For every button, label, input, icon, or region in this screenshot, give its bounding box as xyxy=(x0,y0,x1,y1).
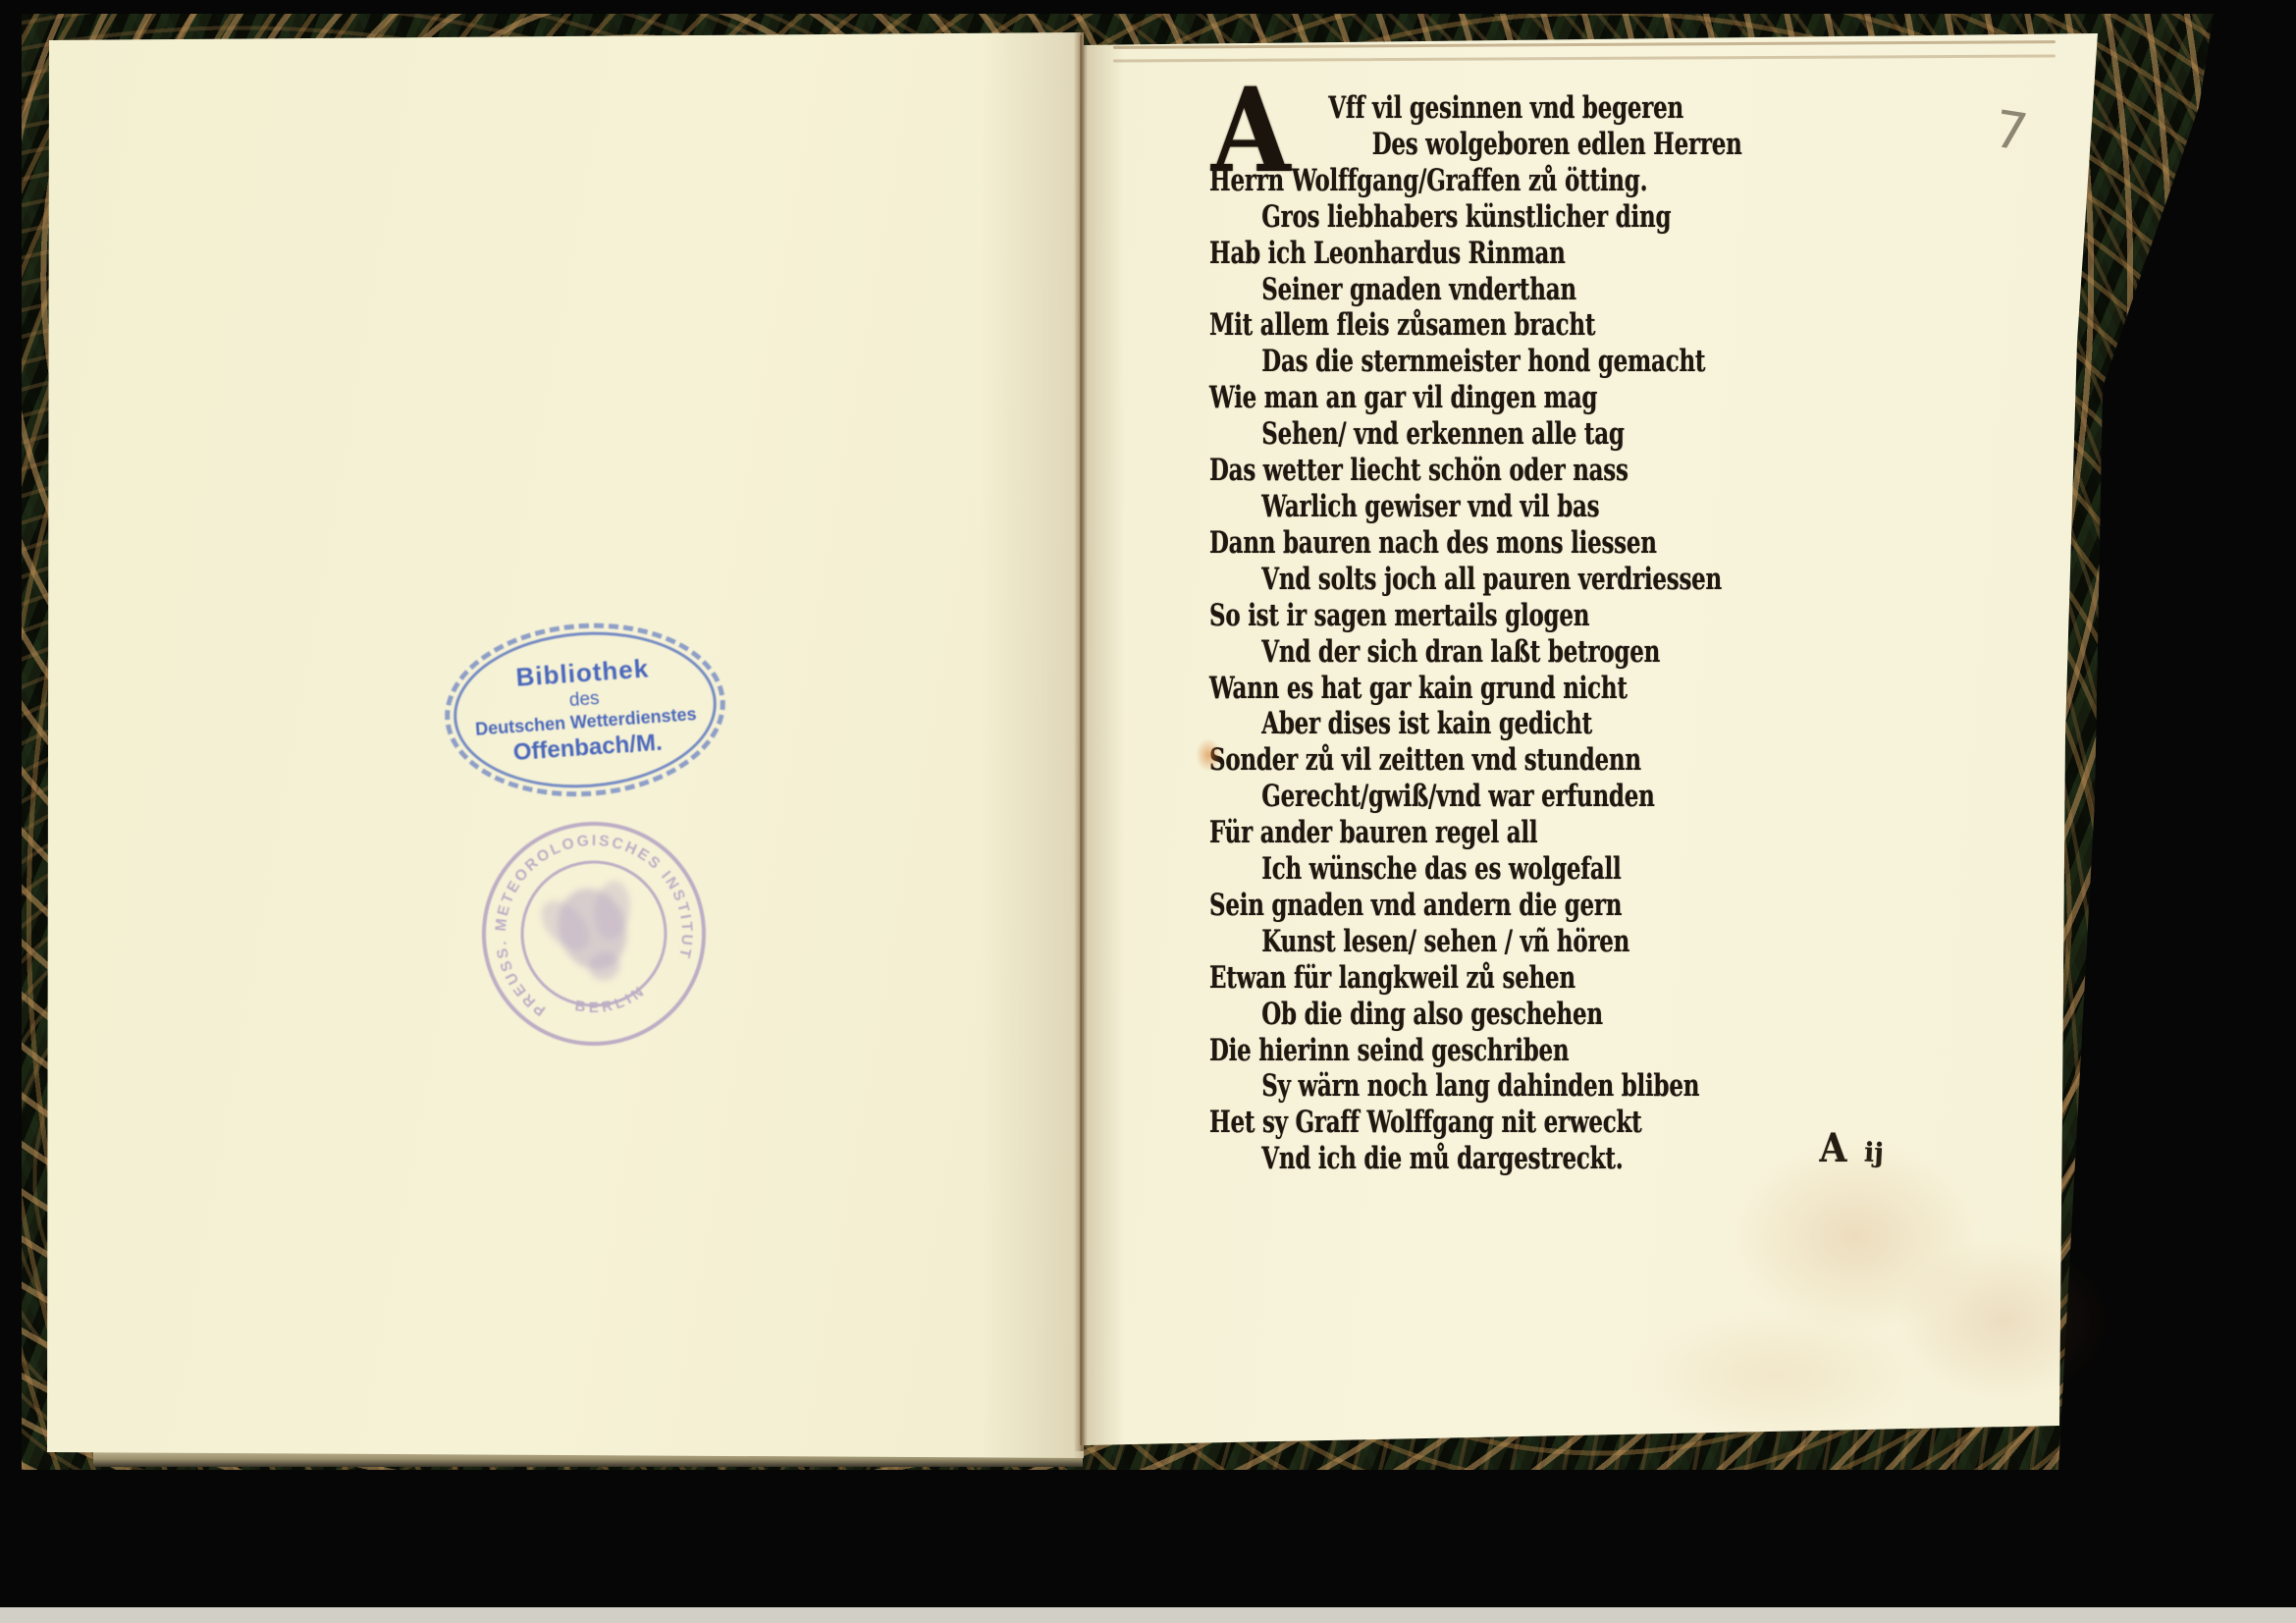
round-stamp-bottom-text: BERLIN xyxy=(569,976,653,1026)
poem-line: Ob die ding also geschehen xyxy=(1209,997,1776,1033)
poem-line: Des wolgeboren edlen Herren xyxy=(1209,127,1776,163)
poem-line: Sonder zů vil zeitten vnd stundenn xyxy=(1209,742,1776,779)
poem-line: Hab ich Leonhardus Rinman xyxy=(1209,236,1776,272)
poem: Vff vil gesinnen vnd begerenDes wolgebor… xyxy=(1209,90,1776,1177)
poem-line: Das die sternmeister hond gemacht xyxy=(1209,344,1776,380)
institute-stamp-round: PREUSS. METEOROLOGISCHES INSTITUT BERLIN xyxy=(450,789,739,1079)
signature-numeral: ij xyxy=(1863,1137,1885,1168)
poem-line: Ich wünsche das es wolgefall xyxy=(1209,851,1776,888)
poem-line: Aber dises ist kain gedicht xyxy=(1209,706,1776,742)
stamp-line-des: des xyxy=(568,688,600,712)
stamp-line-wetterdienst: Deutschen Wetterdienstes xyxy=(475,704,698,740)
left-page-blank: Bibliothek des Deutschen Wetterdienstes … xyxy=(45,32,1084,1458)
scanner-edge-strip xyxy=(0,1607,2296,1623)
poem-line: Gerecht/gwiß/vnd war erfunden xyxy=(1209,779,1776,815)
eagle-emblem xyxy=(528,869,660,996)
poem-line: Die hierinn seind geschriben xyxy=(1209,1033,1776,1069)
poem-line: Vnd ich die mů dargestreckt. xyxy=(1209,1141,1776,1177)
poem-line: So ist ir sagen mertails glogen xyxy=(1209,598,1776,634)
poem-line: Herrn Wolffgang/Graffen zů ötting. xyxy=(1209,163,1776,199)
library-stamp-oval: Bibliothek des Deutschen Wetterdienstes … xyxy=(449,623,721,796)
poem-line: Warlich gewiser vnd vil bas xyxy=(1209,489,1776,525)
signature-letter: A xyxy=(1820,1125,1847,1171)
round-stamp-top-text: PREUSS. METEOROLOGISCHES INSTITUT xyxy=(466,806,710,1026)
poem-line: Das wetter liecht schön oder nass xyxy=(1209,453,1776,489)
book-scan: Bibliothek des Deutschen Wetterdienstes … xyxy=(0,0,2296,1623)
poem-line: Sehen/ vnd erkennen alle tag xyxy=(1209,416,1776,453)
poem-line: Etwan für langkweil zů sehen xyxy=(1209,960,1776,997)
poem-line: Mit allem fleis zůsamen bracht xyxy=(1209,307,1776,344)
poem-line: Wie man an gar vil dingen mag xyxy=(1209,380,1776,416)
poem-line: Für ander bauren regel all xyxy=(1209,815,1776,851)
poem-line: Het sy Graff Wolffgang nit erweckt xyxy=(1209,1105,1776,1141)
poem-line: Wann es hat gar kain grund nicht xyxy=(1209,671,1776,707)
stamp-line-bibliothek: Bibliothek xyxy=(515,653,651,692)
poem-line: Vnd solts joch all pauren verdriessen xyxy=(1209,562,1776,598)
svg-text:BERLIN: BERLIN xyxy=(569,976,653,1026)
signature-mark: Aij xyxy=(1818,1125,1884,1171)
poem-line: Seiner gnaden vnderthan xyxy=(1209,272,1776,308)
gutter-fold-line xyxy=(1080,35,1082,1445)
poem-line: Vnd der sich dran laßt betrogen xyxy=(1209,634,1776,671)
stamp-line-offenbach: Offenbach/M. xyxy=(512,730,664,768)
poem-line: Vff vil gesinnen vnd begeren xyxy=(1209,90,1776,127)
poem-line: Sy wärn noch lang dahinden bliben xyxy=(1209,1068,1776,1105)
svg-text:PREUSS. METEOROLOGISCHES INSTI: PREUSS. METEOROLOGISCHES INSTITUT xyxy=(466,806,710,1026)
poem-line: Kunst lesen/ sehen / vñ hören xyxy=(1209,924,1776,960)
poem-line: Sein gnaden vnd andern die gern xyxy=(1209,888,1776,924)
poem-line: Gros liebhabers künstlicher ding xyxy=(1209,199,1776,236)
right-page-text: A Vff vil gesinnen vnd begerenDes wolgeb… xyxy=(1084,27,2100,1445)
poem-line: Dann bauren nach des mons liessen xyxy=(1209,525,1776,562)
